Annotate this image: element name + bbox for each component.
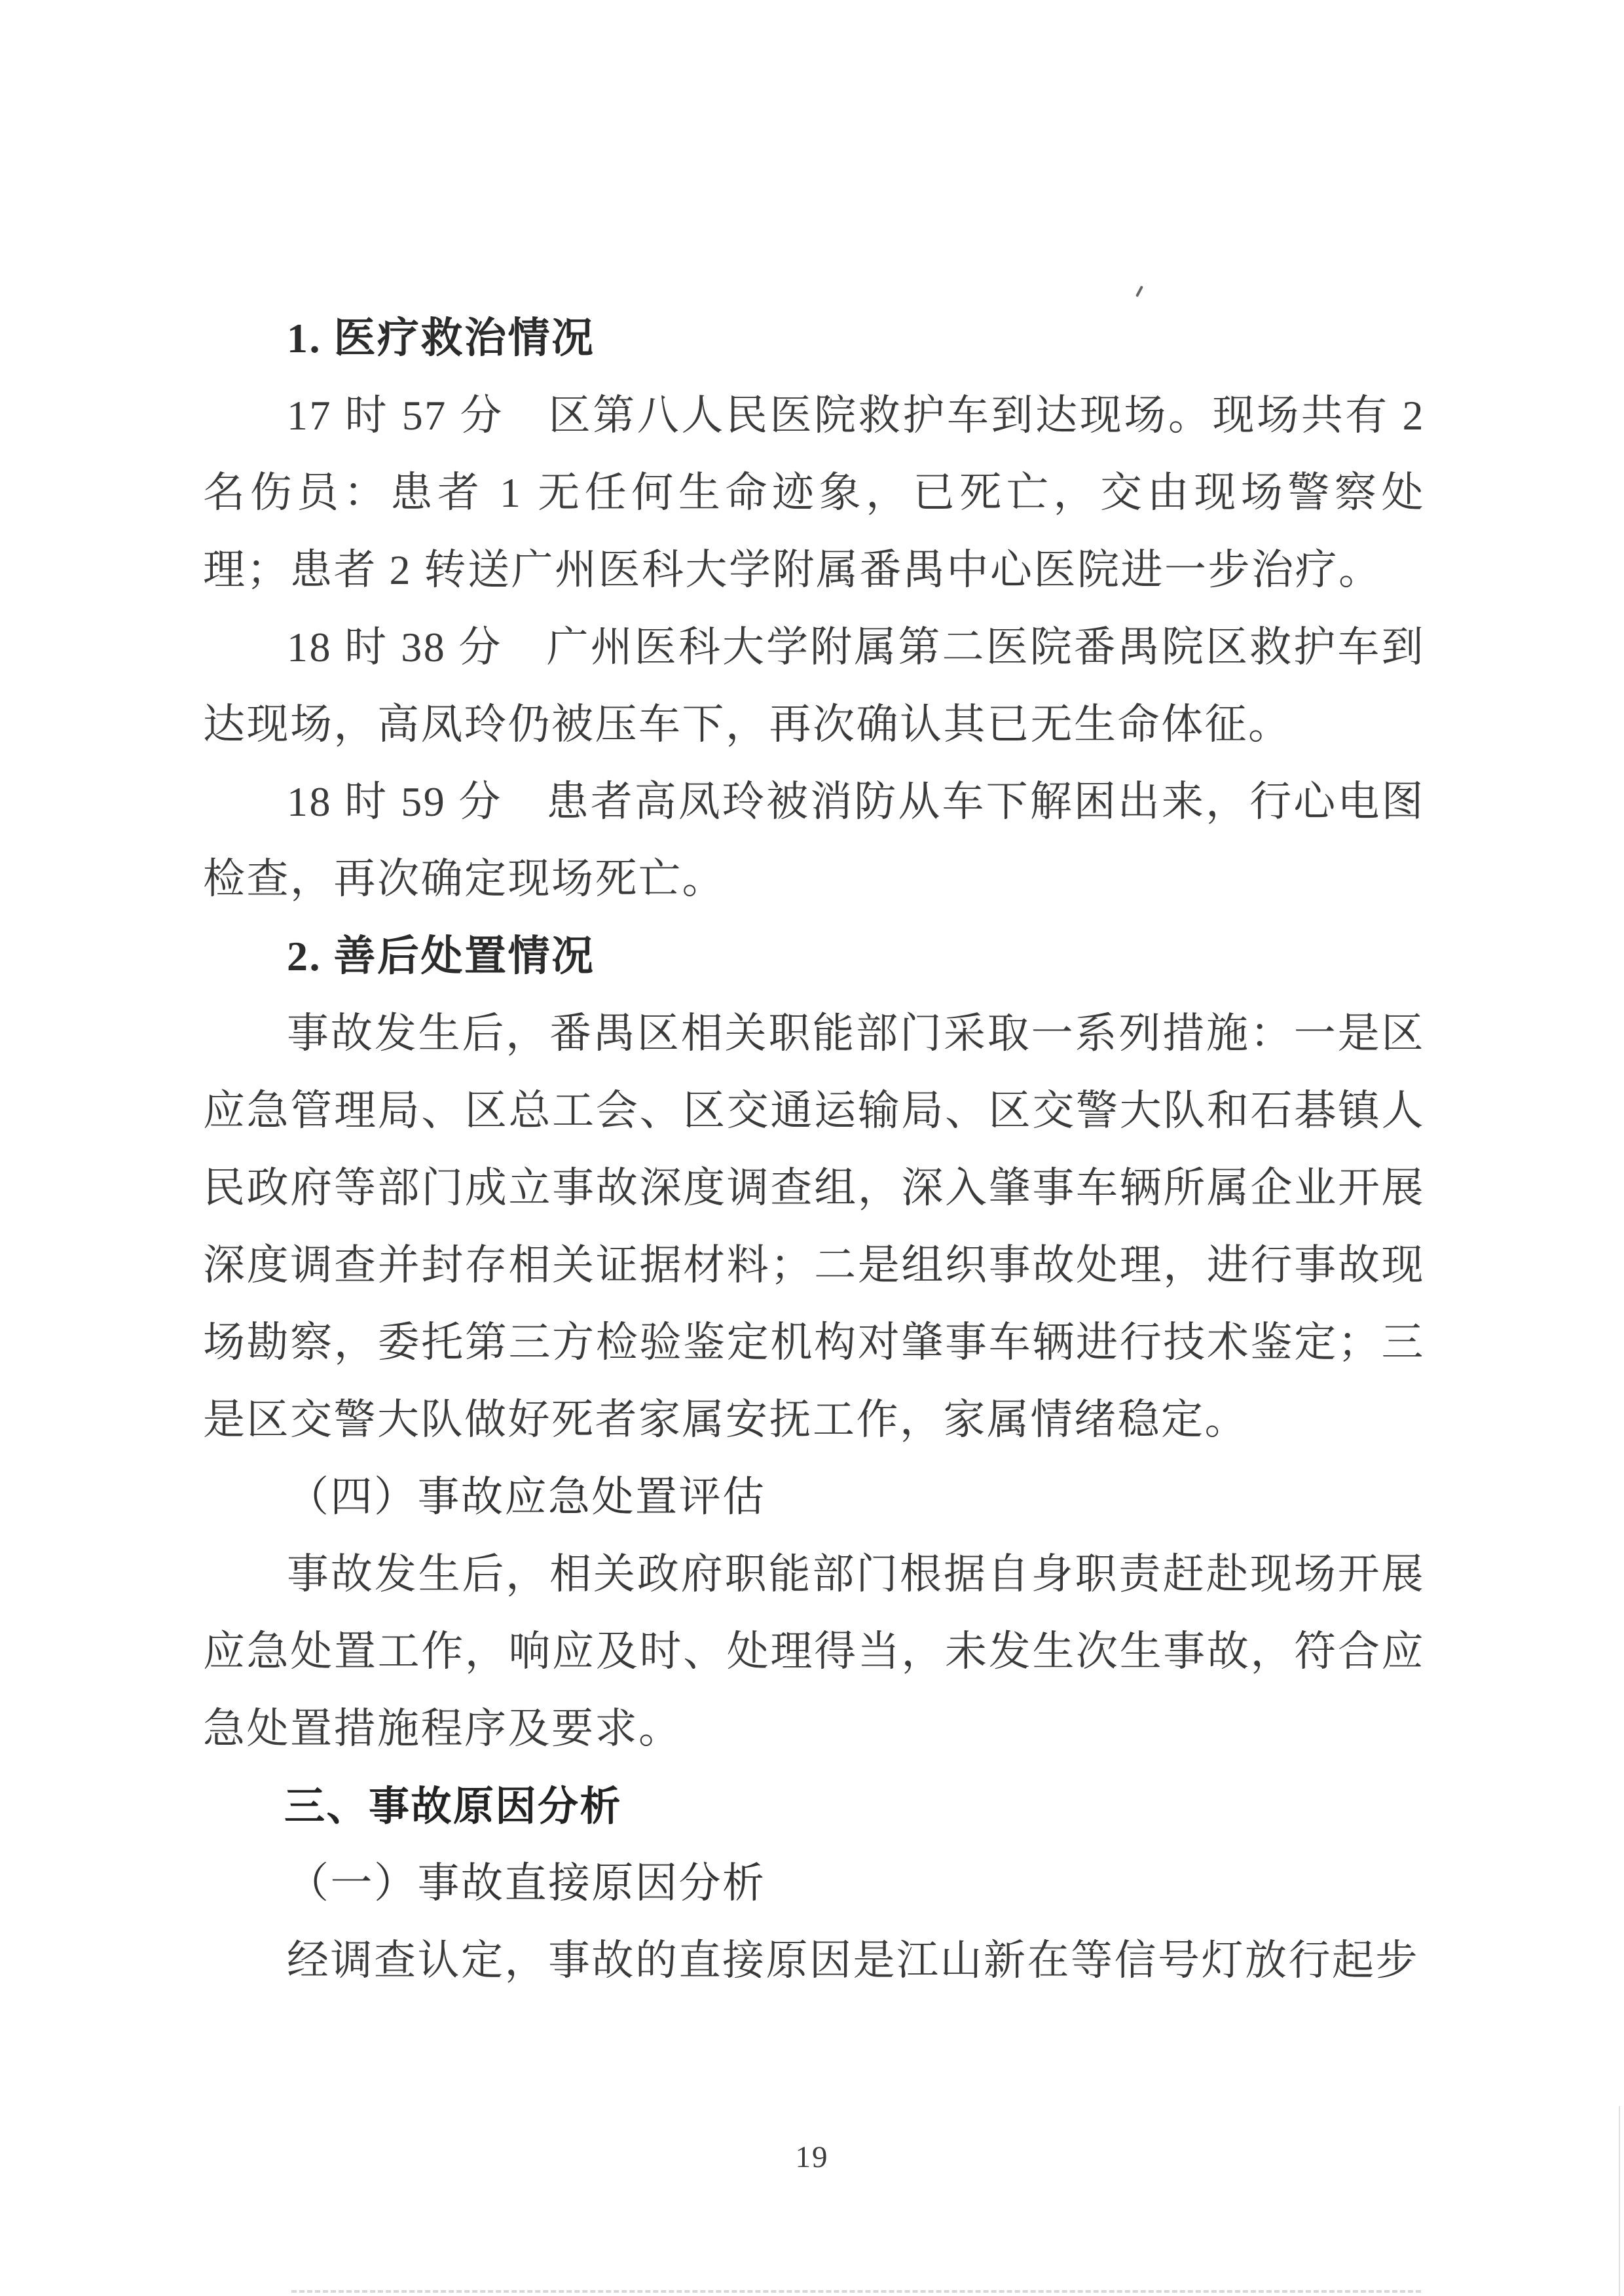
para-aftermath-measures: 事故发生后，番禺区相关职能部门采取一系列措施：一是区应急管理局、区总工会、区交通… xyxy=(203,995,1425,1459)
scan-artifact-mark xyxy=(1135,285,1143,297)
heading-medical-treatment: 1. 医疗救治情况 xyxy=(203,300,1425,377)
heading-emergency-evaluation: （四）事故应急处置评估 xyxy=(203,1459,1425,1536)
heading-cause-analysis: 三、事故原因分析 xyxy=(203,1768,1425,1845)
para-emergency-response: 事故发生后，相关政府职能部门根据自身职责赶赴现场开展应急处置工作，响应及时、处理… xyxy=(203,1536,1425,1768)
para-1859-rescue: 18 时 59 分 患者高凤玲被消防从车下解困出来，行心电图检查，再次确定现场死… xyxy=(203,763,1425,918)
scan-artifact-bottom-edge xyxy=(291,2290,1421,2293)
para-1838-arrival: 18 时 38 分 广州医科大学附属第二医院番禺院区救护车到达现场，高凤玲仍被压… xyxy=(203,609,1425,763)
document-page: 1. 医疗救治情况17 时 57 分 区第八人民医院救护车到达现场。现场共有 2… xyxy=(0,0,1624,2296)
document-body: 1. 医疗救治情况17 时 57 分 区第八人民医院救护车到达现场。现场共有 2… xyxy=(203,300,1425,1999)
scan-artifact-right-edge xyxy=(1619,2106,1620,2296)
heading-direct-cause-analysis: （一）事故直接原因分析 xyxy=(203,1845,1425,1922)
para-direct-cause: 经调查认定，事故的直接原因是江山新在等信号灯放行起步 xyxy=(203,1922,1425,1999)
para-1757-arrival: 17 时 57 分 区第八人民医院救护车到达现场。现场共有 2 名伤员：患者 1… xyxy=(203,377,1425,609)
page-number: 19 xyxy=(0,2140,1624,2175)
heading-aftermath-handling: 2. 善后处置情况 xyxy=(203,918,1425,995)
